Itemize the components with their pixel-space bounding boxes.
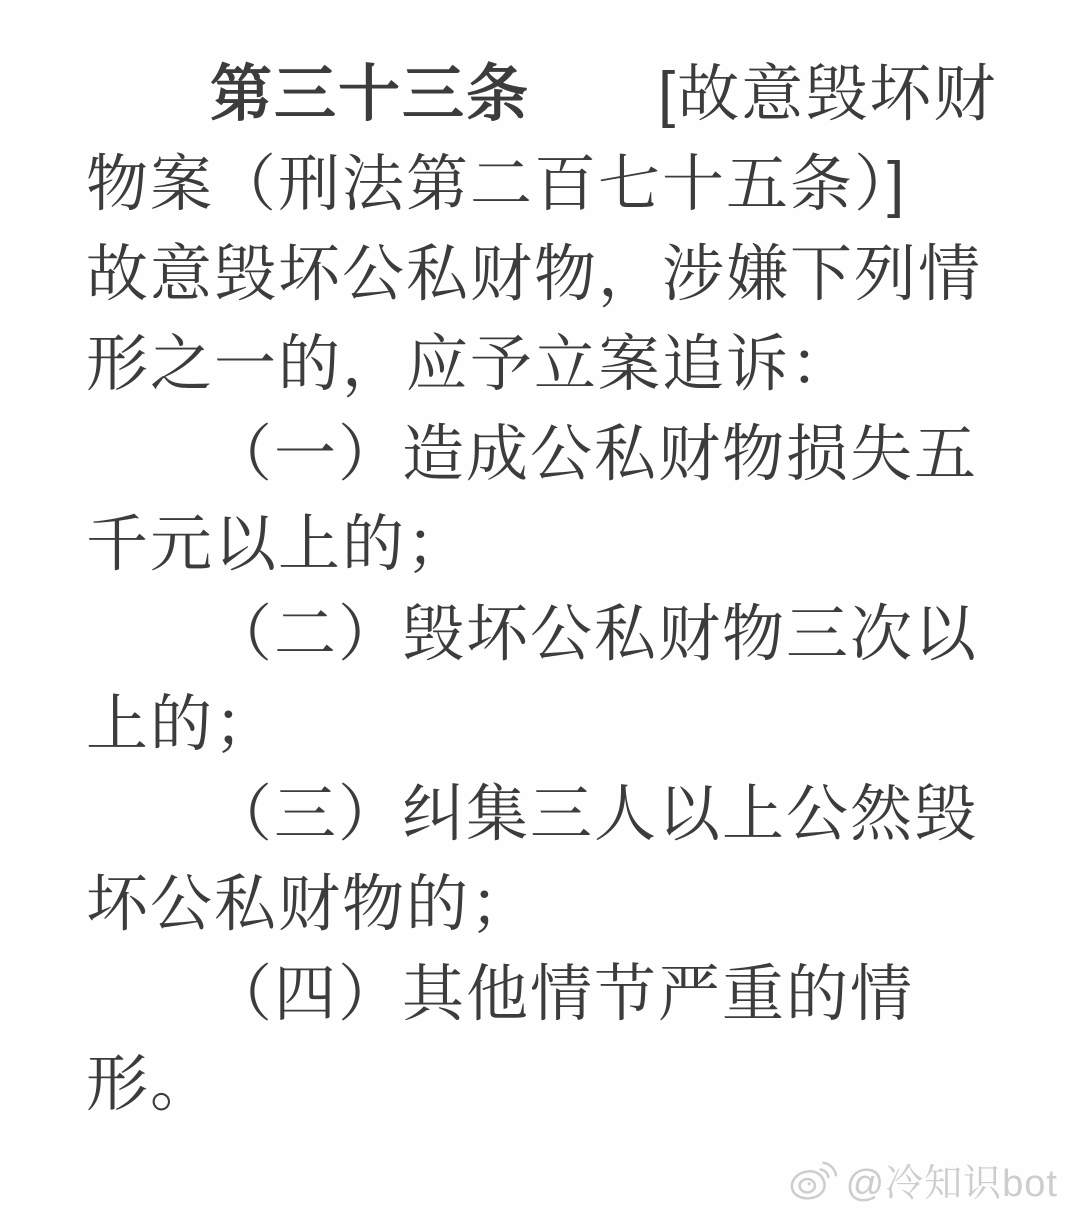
watermark-handle: @冷知识bot (846, 1152, 1058, 1207)
text-line-8: 上的； (86, 680, 1050, 770)
text-line-3: 故意毁坏公私财物，涉嫌下列情 (86, 230, 1050, 320)
text-line-11: （四）其他情节严重的情 (86, 950, 1050, 1040)
article-number: 第三十三条 (210, 60, 530, 129)
text-line-4: 形之一的，应予立案追诉： (86, 320, 1050, 410)
weibo-icon (788, 1158, 838, 1202)
text-line-6: 千元以上的； (86, 500, 1050, 590)
text-line-1-rest: [故意毁坏财 (530, 60, 997, 129)
text-line-12: 形。 (86, 1040, 1050, 1130)
text-line-9: （三）纠集三人以上公然毁 (86, 770, 1050, 860)
legal-text-page: 第三十三条 [故意毁坏财 物案（刑法第二百七十五条）] 故意毁坏公私财物，涉嫌下… (0, 0, 1080, 1213)
text-line-2: 物案（刑法第二百七十五条）] (86, 140, 1050, 230)
text-line-7: （二）毁坏公私财物三次以 (86, 590, 1050, 680)
watermark: @冷知识bot (788, 1152, 1058, 1207)
text-line-10: 坏公私财物的； (86, 860, 1050, 950)
text-line-1: 第三十三条 [故意毁坏财 (86, 50, 1050, 140)
text-line-5: （一）造成公私财物损失五 (86, 410, 1050, 500)
article-body: 第三十三条 [故意毁坏财 物案（刑法第二百七十五条）] 故意毁坏公私财物，涉嫌下… (86, 50, 1050, 1130)
